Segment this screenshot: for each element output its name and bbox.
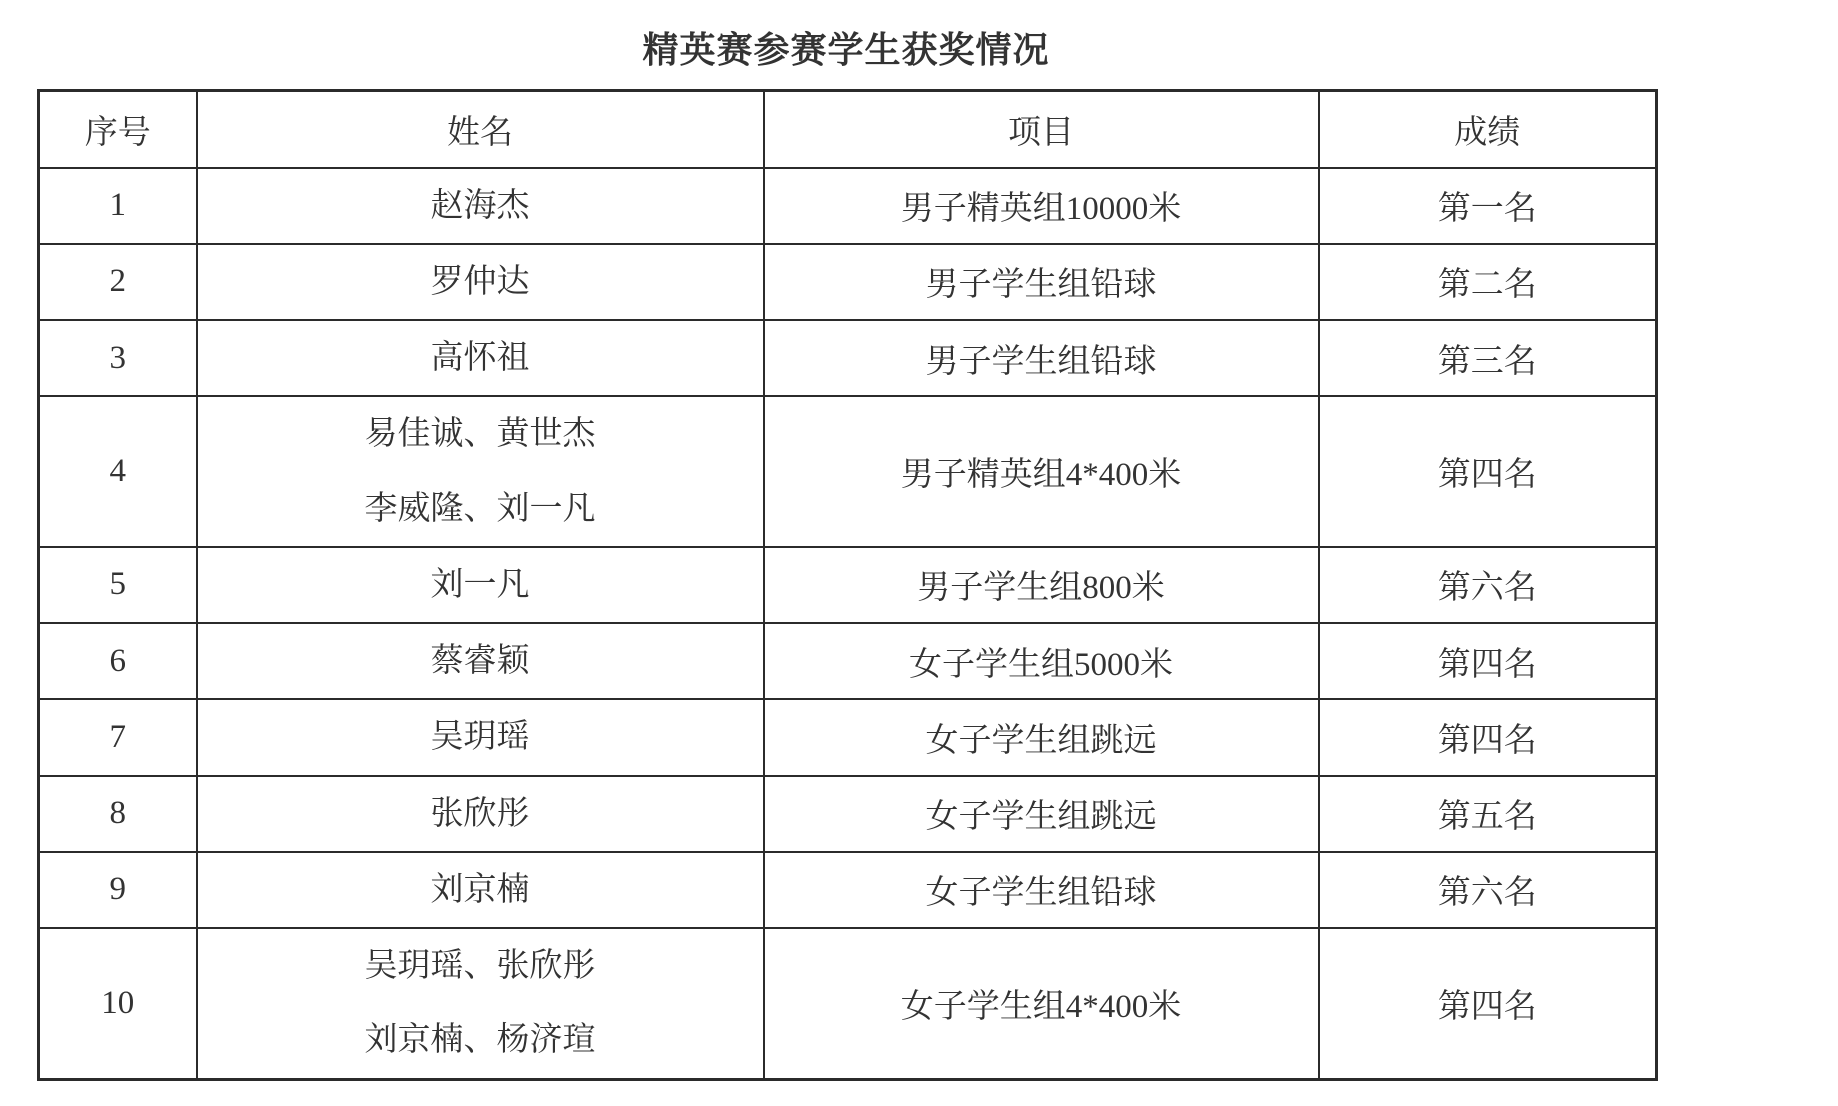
cell-name: 刘京楠 [197,852,764,928]
awards-table: 序号 姓名 项目 成绩 1 赵海杰 男子精英组10000米 第一名 2 罗仲达 … [37,89,1658,1081]
table-row: 5 刘一凡 男子学生组800米 第六名 [39,547,1657,623]
cell-event: 男子精英组10000米 [764,168,1319,244]
cell-no: 3 [39,320,197,396]
cell-result: 第三名 [1319,320,1657,396]
table-row: 1 赵海杰 男子精英组10000米 第一名 [39,168,1657,244]
page-title: 精英赛参赛学生获奖情况 [37,22,1655,73]
table-row: 4 易佳诚、黄世杰李威隆、刘一凡 男子精英组4*400米 第四名 [39,396,1657,547]
table-row: 6 蔡睿颖 女子学生组5000米 第四名 [39,623,1657,699]
header-cell-name: 姓名 [197,91,764,168]
cell-no: 8 [39,776,197,852]
name-line: 高怀祖 [198,321,763,395]
cell-event: 女子学生组铅球 [764,852,1319,928]
table-row: 3 高怀祖 男子学生组铅球 第三名 [39,320,1657,396]
cell-no: 2 [39,244,197,320]
cell-event: 男子精英组4*400米 [764,396,1319,547]
name-line: 罗仲达 [198,245,763,319]
cell-no: 4 [39,396,197,547]
table-row: 10 吴玥瑶、张欣彤刘京楠、杨济瑄 女子学生组4*400米 第四名 [39,928,1657,1079]
cell-name: 吴玥瑶、张欣彤刘京楠、杨济瑄 [197,928,764,1079]
cell-result: 第六名 [1319,547,1657,623]
cell-no: 10 [39,928,197,1079]
table-row: 9 刘京楠 女子学生组铅球 第六名 [39,852,1657,928]
cell-name: 易佳诚、黄世杰李威隆、刘一凡 [197,396,764,547]
cell-result: 第一名 [1319,168,1657,244]
table-row: 7 吴玥瑶 女子学生组跳远 第四名 [39,699,1657,775]
name-line: 刘一凡 [198,548,763,622]
cell-result: 第四名 [1319,623,1657,699]
cell-name: 吴玥瑶 [197,699,764,775]
cell-event: 女子学生组跳远 [764,776,1319,852]
name-line: 李威隆、刘一凡 [198,472,763,546]
name-line: 吴玥瑶、张欣彤 [198,929,763,1003]
name-line: 张欣彤 [198,777,763,851]
cell-no: 9 [39,852,197,928]
cell-result: 第二名 [1319,244,1657,320]
cell-result: 第四名 [1319,396,1657,547]
cell-event: 女子学生组4*400米 [764,928,1319,1079]
table-row: 8 张欣彤 女子学生组跳远 第五名 [39,776,1657,852]
cell-result: 第五名 [1319,776,1657,852]
cell-name: 刘一凡 [197,547,764,623]
cell-no: 7 [39,699,197,775]
cell-name: 罗仲达 [197,244,764,320]
table-body: 1 赵海杰 男子精英组10000米 第一名 2 罗仲达 男子学生组铅球 第二名 … [39,168,1657,1080]
cell-event: 女子学生组5000米 [764,623,1319,699]
cell-result: 第六名 [1319,852,1657,928]
name-line: 吴玥瑶 [198,700,763,774]
cell-name: 赵海杰 [197,168,764,244]
cell-no: 1 [39,168,197,244]
cell-event: 男子学生组800米 [764,547,1319,623]
name-line: 刘京楠 [198,853,763,927]
header-cell-no: 序号 [39,91,197,168]
cell-name: 蔡睿颖 [197,623,764,699]
cell-event: 男子学生组铅球 [764,320,1319,396]
name-line: 蔡睿颖 [198,624,763,698]
cell-name: 张欣彤 [197,776,764,852]
cell-no: 5 [39,547,197,623]
name-line: 赵海杰 [198,169,763,243]
name-line: 刘京楠、杨济瑄 [198,1003,763,1077]
header-cell-result: 成绩 [1319,91,1657,168]
cell-result: 第四名 [1319,928,1657,1079]
cell-name: 高怀祖 [197,320,764,396]
name-line: 易佳诚、黄世杰 [198,397,763,471]
cell-no: 6 [39,623,197,699]
cell-event: 女子学生组跳远 [764,699,1319,775]
table-header-row: 序号 姓名 项目 成绩 [39,91,1657,168]
cell-result: 第四名 [1319,699,1657,775]
cell-event: 男子学生组铅球 [764,244,1319,320]
header-cell-event: 项目 [764,91,1319,168]
table-row: 2 罗仲达 男子学生组铅球 第二名 [39,244,1657,320]
